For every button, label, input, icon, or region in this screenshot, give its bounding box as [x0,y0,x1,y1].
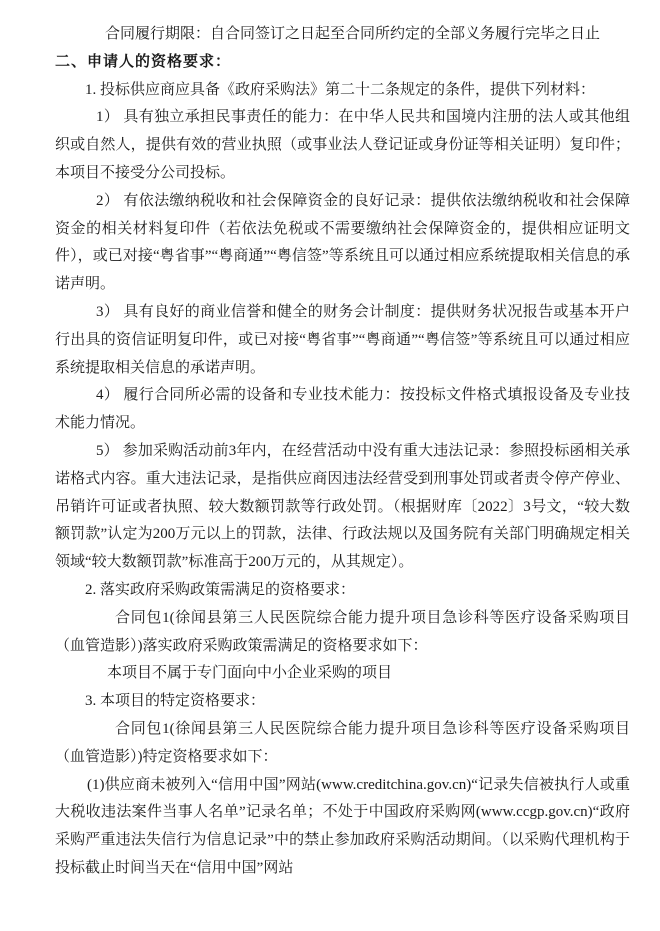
requirement-1: 1. 投标供应商应具备《政府采购法》第二十二条规定的条件，提供下列材料： [55,77,630,105]
requirement-3-item-1: (1)供应商未被列入“信用中国”网站(www.creditchina.gov.c… [55,772,630,883]
contract-period-paragraph: 合同履行期限：自合同签订之日起至合同所约定的全部义务履行完毕之日止 [55,21,630,49]
requirement-3: 3. 本项目的特定资格要求： [55,688,630,716]
document-page: 合同履行期限：自合同签订之日起至合同所约定的全部义务履行完毕之日止 二、申请人的… [0,0,660,931]
requirement-1-2: 2） 有依法缴纳税收和社会保障资金的良好记录：提供依法缴纳税收和社会保障资金的相… [55,188,630,299]
requirement-2-package: 合同包1(徐闻县第三人民医院综合能力提升项目急诊科等医疗设备采购项目（血管造影）… [55,605,630,661]
requirement-1-5: 5） 参加采购活动前3年内，在经营活动中没有重大违法记录：参照投标函相关承诺格式… [55,438,630,577]
requirement-1-4: 4） 履行合同所必需的设备和专业技术能力：按投标文件格式填报设备及专业技术能力情… [55,382,630,438]
requirement-1-1: 1） 具有独立承担民事责任的能力：在中华人民共和国境内注册的法人或其他组织或自然… [55,104,630,187]
requirement-3-package: 合同包1(徐闻县第三人民医院综合能力提升项目急诊科等医疗设备采购项目（血管造影）… [55,716,630,772]
section-heading: 二、申请人的资格要求： [55,49,630,77]
requirement-1-3: 3） 具有良好的商业信誉和健全的财务会计制度：提供财务状况报告或基本开户行出具的… [55,299,630,382]
requirement-2-note: 本项目不属于专门面向中小企业采购的项目 [55,660,630,688]
requirement-2: 2. 落实政府采购政策需满足的资格要求： [55,577,630,605]
